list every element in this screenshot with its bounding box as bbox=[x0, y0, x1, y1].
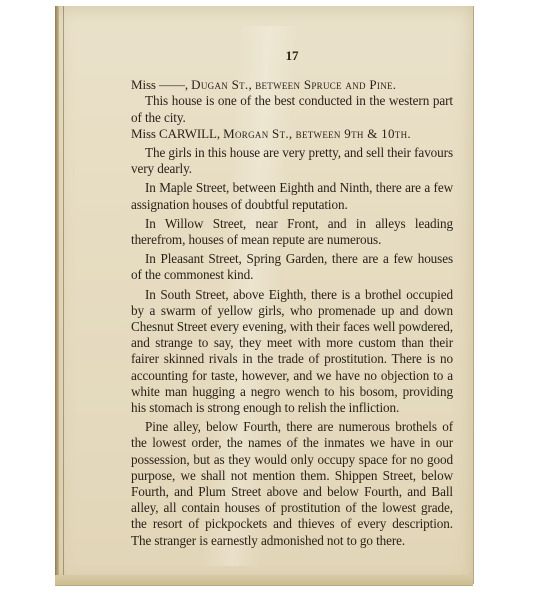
page-text: 17 Miss ——, Dugan St., between Spruce an… bbox=[131, 48, 453, 549]
entry-location: between 9th & 10th. bbox=[296, 126, 411, 141]
entry-name: Miss CARWILL, bbox=[131, 126, 220, 141]
entry-location: between Spruce and Pine. bbox=[255, 77, 396, 92]
entry-text-1: This house is one of the best conducted … bbox=[131, 93, 453, 125]
entry-street: Morgan St., bbox=[223, 126, 292, 141]
entry-heading-1: Miss ——, Dugan St., between Spruce and P… bbox=[131, 77, 453, 93]
entry-heading-2: Miss CARWILL, Morgan St., between 9th & … bbox=[131, 126, 453, 142]
paragraph-maple-street: In Maple Street, between Eighth and Nint… bbox=[131, 180, 453, 212]
page-bottom-edge bbox=[55, 575, 473, 586]
entry-text-2: The girls in this house are very pretty,… bbox=[131, 145, 453, 177]
paragraph-pleasant-street: In Pleasant Street, Spring Garden, there… bbox=[131, 251, 453, 283]
paragraph-south-street: In South Street, above Eighth, there is … bbox=[131, 287, 453, 417]
page-number: 17 bbox=[131, 48, 453, 64]
paragraph-willow-street: In Willow Street, near Front, and in all… bbox=[131, 216, 453, 248]
paragraph-pine-alley: Pine alley, below Fourth, there are nume… bbox=[131, 419, 453, 549]
entry-name: Miss ——, bbox=[131, 77, 188, 92]
entry-street: Dugan St., bbox=[191, 77, 252, 92]
